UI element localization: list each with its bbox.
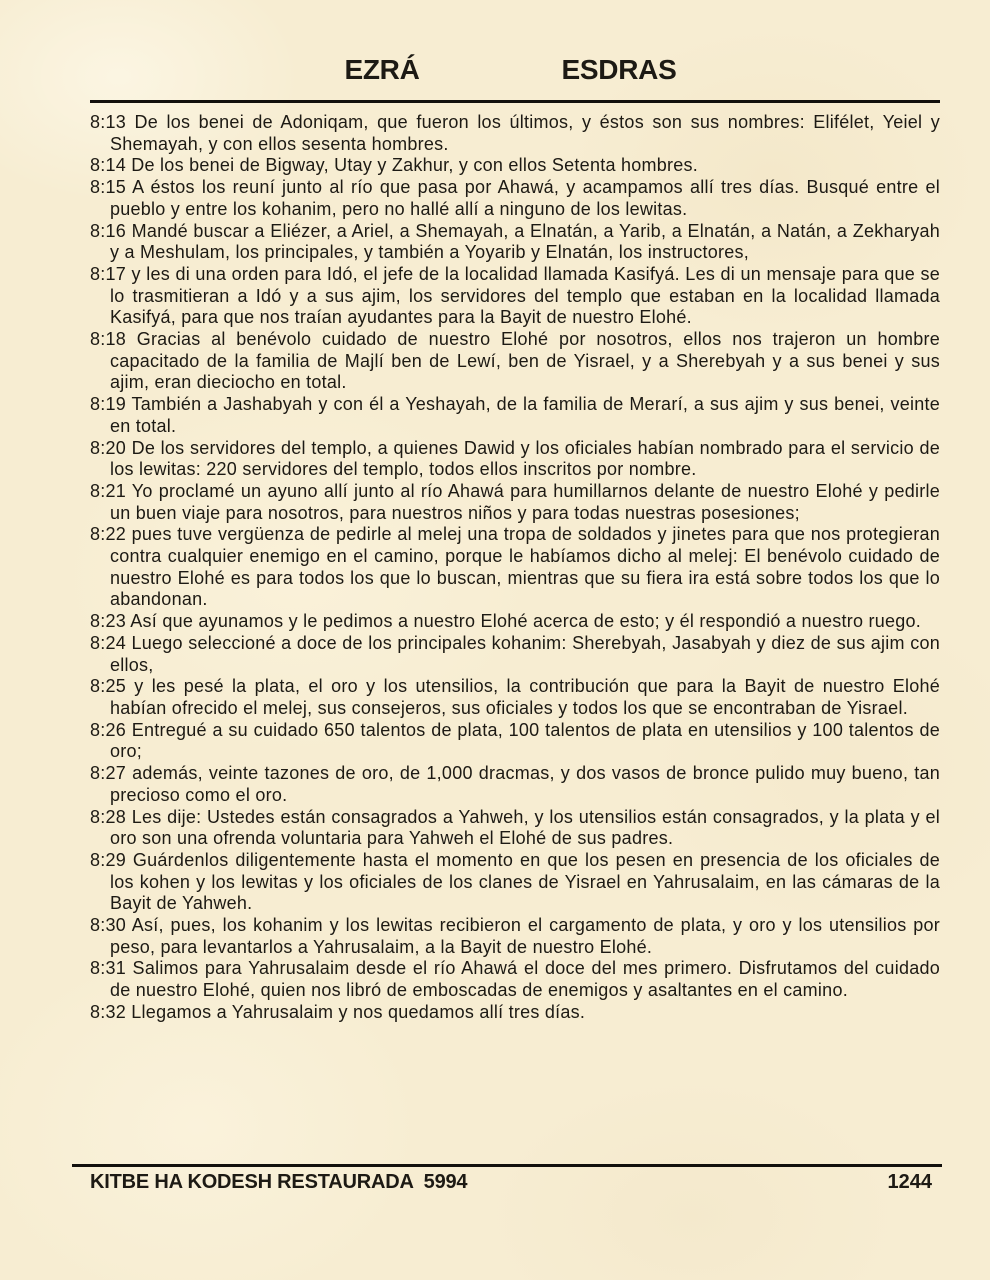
verse-ref: 8:18 xyxy=(90,329,126,349)
verse-ref: 8:22 xyxy=(90,524,126,544)
verse-text: Entregué a su cuidado 650 talentos de pl… xyxy=(110,720,940,762)
verse-text: pues tuve vergüenza de pedirle al melej … xyxy=(110,524,940,609)
verse-8-15: 8:15 A éstos los reuní junto al río que … xyxy=(90,177,940,220)
verse-8-26: 8:26 Entregué a su cuidado 650 talentos … xyxy=(90,720,940,763)
verse-text: Yo proclamé un ayuno allí junto al río A… xyxy=(110,481,940,523)
verse-ref: 8:19 xyxy=(90,394,126,414)
scripture-page: EZRÁ ESDRAS 8:13 De los benei de Adoniqa… xyxy=(0,0,990,1280)
verse-8-19: 8:19 También a Jashabyah y con él a Yesh… xyxy=(90,394,940,437)
verse-ref: 8:16 xyxy=(90,221,126,241)
verse-text: Así que ayunamos y le pedimos a nuestro … xyxy=(126,611,921,631)
verse-8-29: 8:29 Guárdenlos diligentemente hasta el … xyxy=(90,850,940,915)
verse-8-23: 8:23 Así que ayunamos y le pedimos a nue… xyxy=(90,611,940,633)
verse-ref: 8:13 xyxy=(90,112,126,132)
verse-8-27: 8:27 además, veinte tazones de oro, de 1… xyxy=(90,763,940,806)
verse-text: y les pesé la plata, el oro y los utensi… xyxy=(110,676,940,718)
verse-ref: 8:30 xyxy=(90,915,126,935)
verse-8-16: 8:16 Mandé buscar a Eliézer, a Ariel, a … xyxy=(90,221,940,264)
verse-8-28: 8:28 Les dije: Ustedes están consagrados… xyxy=(90,807,940,850)
verse-text: Luego seleccioné a doce de los principal… xyxy=(110,633,940,675)
verse-ref: 8:31 xyxy=(90,958,126,978)
verse-ref: 8:28 xyxy=(90,807,126,827)
verse-text: De los servidores del templo, a quienes … xyxy=(110,438,940,480)
verse-text: Así, pues, los kohanim y los lewitas rec… xyxy=(110,915,940,957)
verse-text: Salimos para Yahrusalaim desde el río Ah… xyxy=(110,958,940,1000)
verse-ref: 8:25 xyxy=(90,676,126,696)
verse-text: Mandé buscar a Eliézer, a Ariel, a Shema… xyxy=(110,221,940,263)
verse-text: A éstos los reuní junto al río que pasa … xyxy=(110,177,940,219)
verse-ref: 8:17 xyxy=(90,264,126,284)
verse-8-18: 8:18 Gracias al benévolo cuidado de nues… xyxy=(90,329,940,394)
verse-list: 8:13 De los benei de Adoniqam, que fuero… xyxy=(90,112,940,1024)
verse-text: además, veinte tazones de oro, de 1,000 … xyxy=(110,763,940,805)
verse-text: Gracias al benévolo cuidado de nuestro E… xyxy=(110,329,940,392)
verse-text: De los benei de Bigway, Utay y Zakhur, y… xyxy=(126,155,698,175)
verse-8-20: 8:20 De los servidores del templo, a qui… xyxy=(90,438,940,481)
verse-text: Guárdenlos diligentemente hasta el momen… xyxy=(110,850,940,913)
verse-ref: 8:21 xyxy=(90,481,126,501)
verse-ref: 8:23 xyxy=(90,611,126,631)
header-divider xyxy=(90,100,940,103)
page-title-spanish: ESDRAS xyxy=(562,54,677,86)
verse-ref: 8:32 xyxy=(90,1002,126,1022)
verse-8-14: 8:14 De los benei de Bigway, Utay y Zakh… xyxy=(90,155,940,177)
footer-divider xyxy=(72,1164,942,1167)
verse-8-13: 8:13 De los benei de Adoniqam, que fuero… xyxy=(90,112,940,155)
verse-ref: 8:15 xyxy=(90,177,126,197)
verse-ref: 8:27 xyxy=(90,763,126,783)
verse-8-31: 8:31 Salimos para Yahrusalaim desde el r… xyxy=(90,958,940,1001)
verse-ref: 8:24 xyxy=(90,633,126,653)
verse-8-32: 8:32 Llegamos a Yahrusalaim y nos quedam… xyxy=(90,1002,940,1024)
page-title-hebrew: EZRÁ xyxy=(344,54,419,86)
verse-ref: 8:26 xyxy=(90,720,126,740)
verse-ref: 8:29 xyxy=(90,850,126,870)
verse-8-17: 8:17 y les di una orden para Idó, el jef… xyxy=(90,264,940,329)
verse-text: También a Jashabyah y con él a Yeshayah,… xyxy=(110,394,940,436)
verse-ref: 8:14 xyxy=(90,155,126,175)
footer-page-number: 1244 xyxy=(888,1171,933,1194)
verse-text: Les dije: Ustedes están consagrados a Ya… xyxy=(110,807,940,849)
verse-8-25: 8:25 y les pesé la plata, el oro y los u… xyxy=(90,676,940,719)
verse-8-30: 8:30 Así, pues, los kohanim y los lewita… xyxy=(90,915,940,958)
verse-8-22: 8:22 pues tuve vergüenza de pedirle al m… xyxy=(90,524,940,611)
verse-ref: 8:20 xyxy=(90,438,126,458)
verse-8-21: 8:21 Yo proclamé un ayuno allí junto al … xyxy=(90,481,940,524)
footer-edition-label: KITBE HA KODESH RESTAURADA 5994 xyxy=(90,1171,467,1194)
verse-text: y les di una orden para Idó, el jefe de … xyxy=(110,264,940,327)
verse-8-24: 8:24 Luego seleccioné a doce de los prin… xyxy=(90,633,940,676)
verse-text: Llegamos a Yahrusalaim y nos quedamos al… xyxy=(126,1002,585,1022)
verse-text: De los benei de Adoniqam, que fueron los… xyxy=(110,112,940,154)
